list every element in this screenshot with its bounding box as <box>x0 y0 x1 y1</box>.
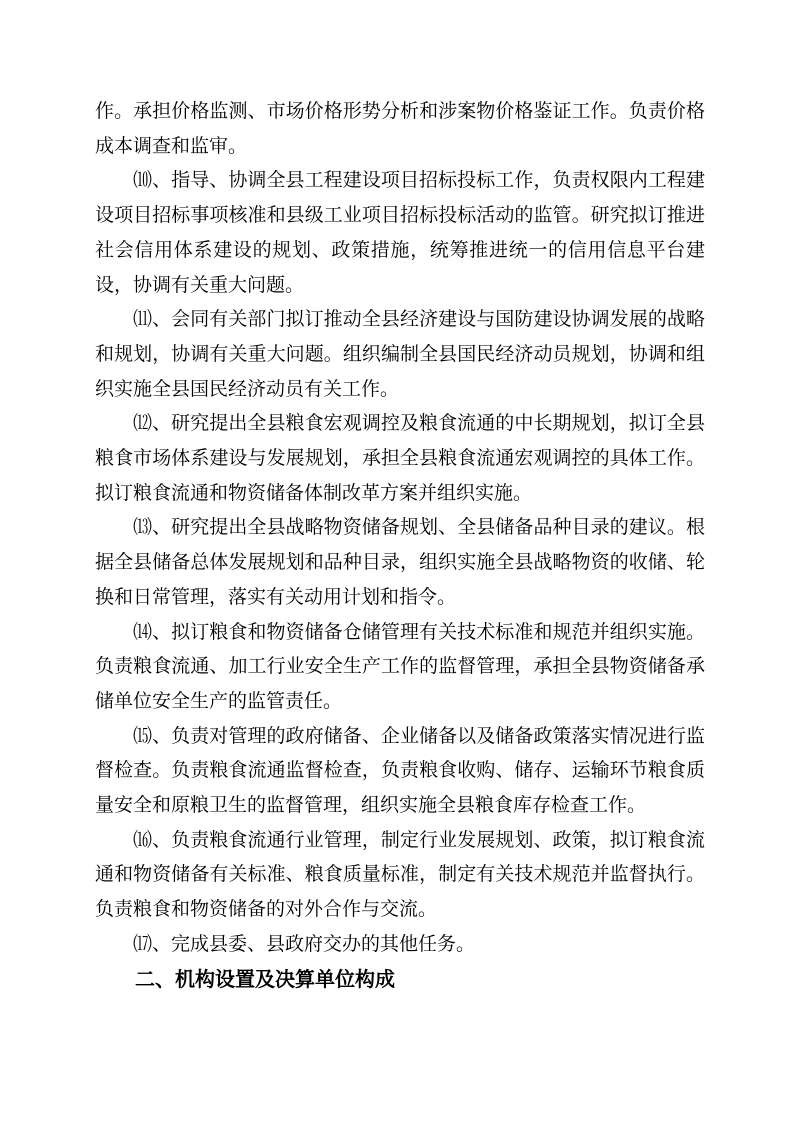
section-heading: 二、机构设置及决算单位构成 <box>95 963 705 998</box>
duty-item-12: ⑿、研究提出全县粮食宏观调控及粮食流通的中长期规划，拟订全县粮食市场体系建设与发… <box>95 407 705 511</box>
duty-item-10: ⑽、指导、协调全县工程建设项目招标投标工作，负责权限内工程建设项目招标事项核准和… <box>95 164 705 303</box>
duty-item-11: ⑾、会同有关部门拟订推动全县经济建设与国防建设协调发展的战略和规划，协调有关重大… <box>95 303 705 407</box>
document-page: 作。承担价格监测、市场价格形势分析和涉案物价格鉴证工作。负责价格成本调查和监审。… <box>0 0 793 1122</box>
duty-item-16: ⒃、负责粮食流通行业管理，制定行业发展规划、政策，拟订粮食流通和物资储备有关标准… <box>95 824 705 928</box>
duty-item-17: ⒄、完成县委、县政府交办的其他任务。 <box>95 928 705 963</box>
document-text-block: 作。承担价格监测、市场价格形势分析和涉案物价格鉴证工作。负责价格成本调查和监审。… <box>95 95 705 997</box>
paragraph-continuation: 作。承担价格监测、市场价格形势分析和涉案物价格鉴证工作。负责价格成本调查和监审。 <box>95 95 705 164</box>
duty-item-15: ⒂、负责对管理的政府储备、企业储备以及储备政策落实情况进行监督检查。负责粮食流通… <box>95 720 705 824</box>
duty-item-13: ⒀、研究提出全县战略物资储备规划、全县储备品种目录的建议。根据全县储备总体发展规… <box>95 511 705 615</box>
duty-item-14: ⒁、拟订粮食和物资储备仓储管理有关技术标准和规范并组织实施。负责粮食流通、加工行… <box>95 616 705 720</box>
